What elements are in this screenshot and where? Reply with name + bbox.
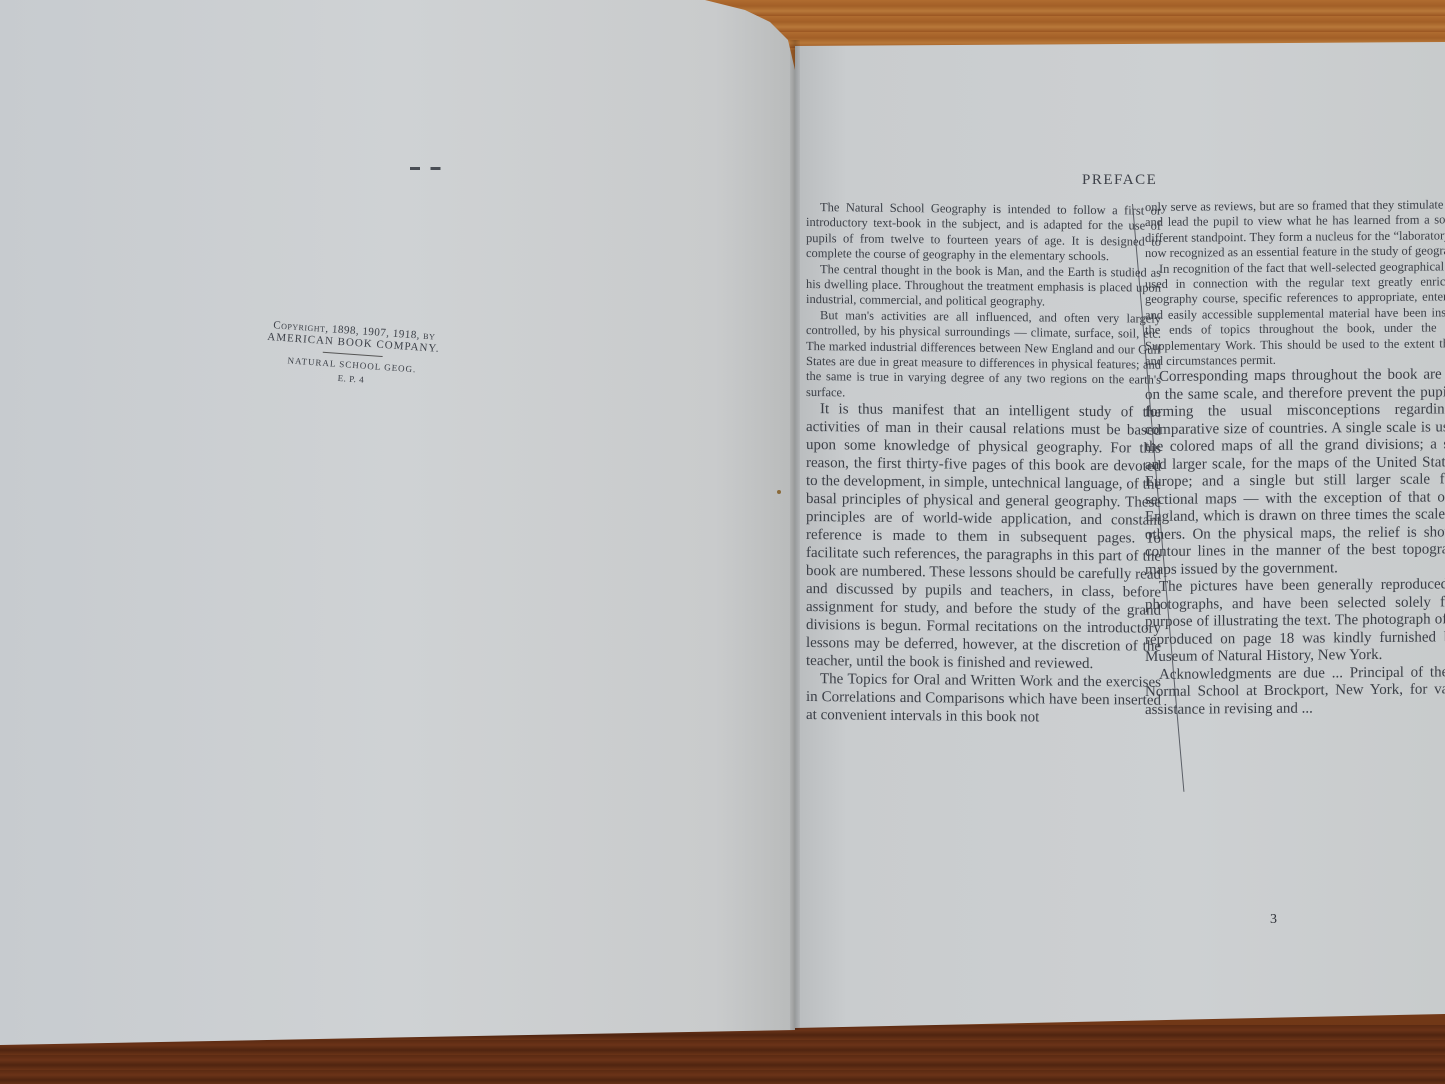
paragraph: The Natural School Geography is intended… xyxy=(806,200,1161,265)
paragraph: Corresponding maps throughout the book a… xyxy=(1145,367,1445,580)
preface-column-right: only serve as reviews, but are so framed… xyxy=(1145,197,1445,719)
paragraph: The pictures have been generally reprodu… xyxy=(1145,577,1445,667)
paragraph: But man's activities are all influenced,… xyxy=(806,308,1161,404)
left-page xyxy=(0,0,795,1045)
paragraph: Acknowledgments are due ... Principal of… xyxy=(1145,664,1445,719)
page-number: 3 xyxy=(1270,912,1277,928)
binding-stain xyxy=(777,490,781,494)
paragraph: In recognition of the fact that well-sel… xyxy=(1145,259,1445,370)
preface-column-left: The Natural School Geography is intended… xyxy=(806,200,1161,728)
copyright-rule xyxy=(323,352,383,357)
book-gutter xyxy=(790,40,800,1030)
paragraph: only serve as reviews, but are so framed… xyxy=(1145,197,1445,262)
ink-smudge: ▬ ▬ xyxy=(410,162,455,168)
paragraph: The Topics for Oral and Written Work and… xyxy=(806,670,1161,728)
paragraph: The central thought in the book is Man, … xyxy=(806,262,1161,312)
paragraph: It is thus manifest that an intelligent … xyxy=(806,400,1161,674)
page-title: PREFACE xyxy=(1082,172,1157,189)
